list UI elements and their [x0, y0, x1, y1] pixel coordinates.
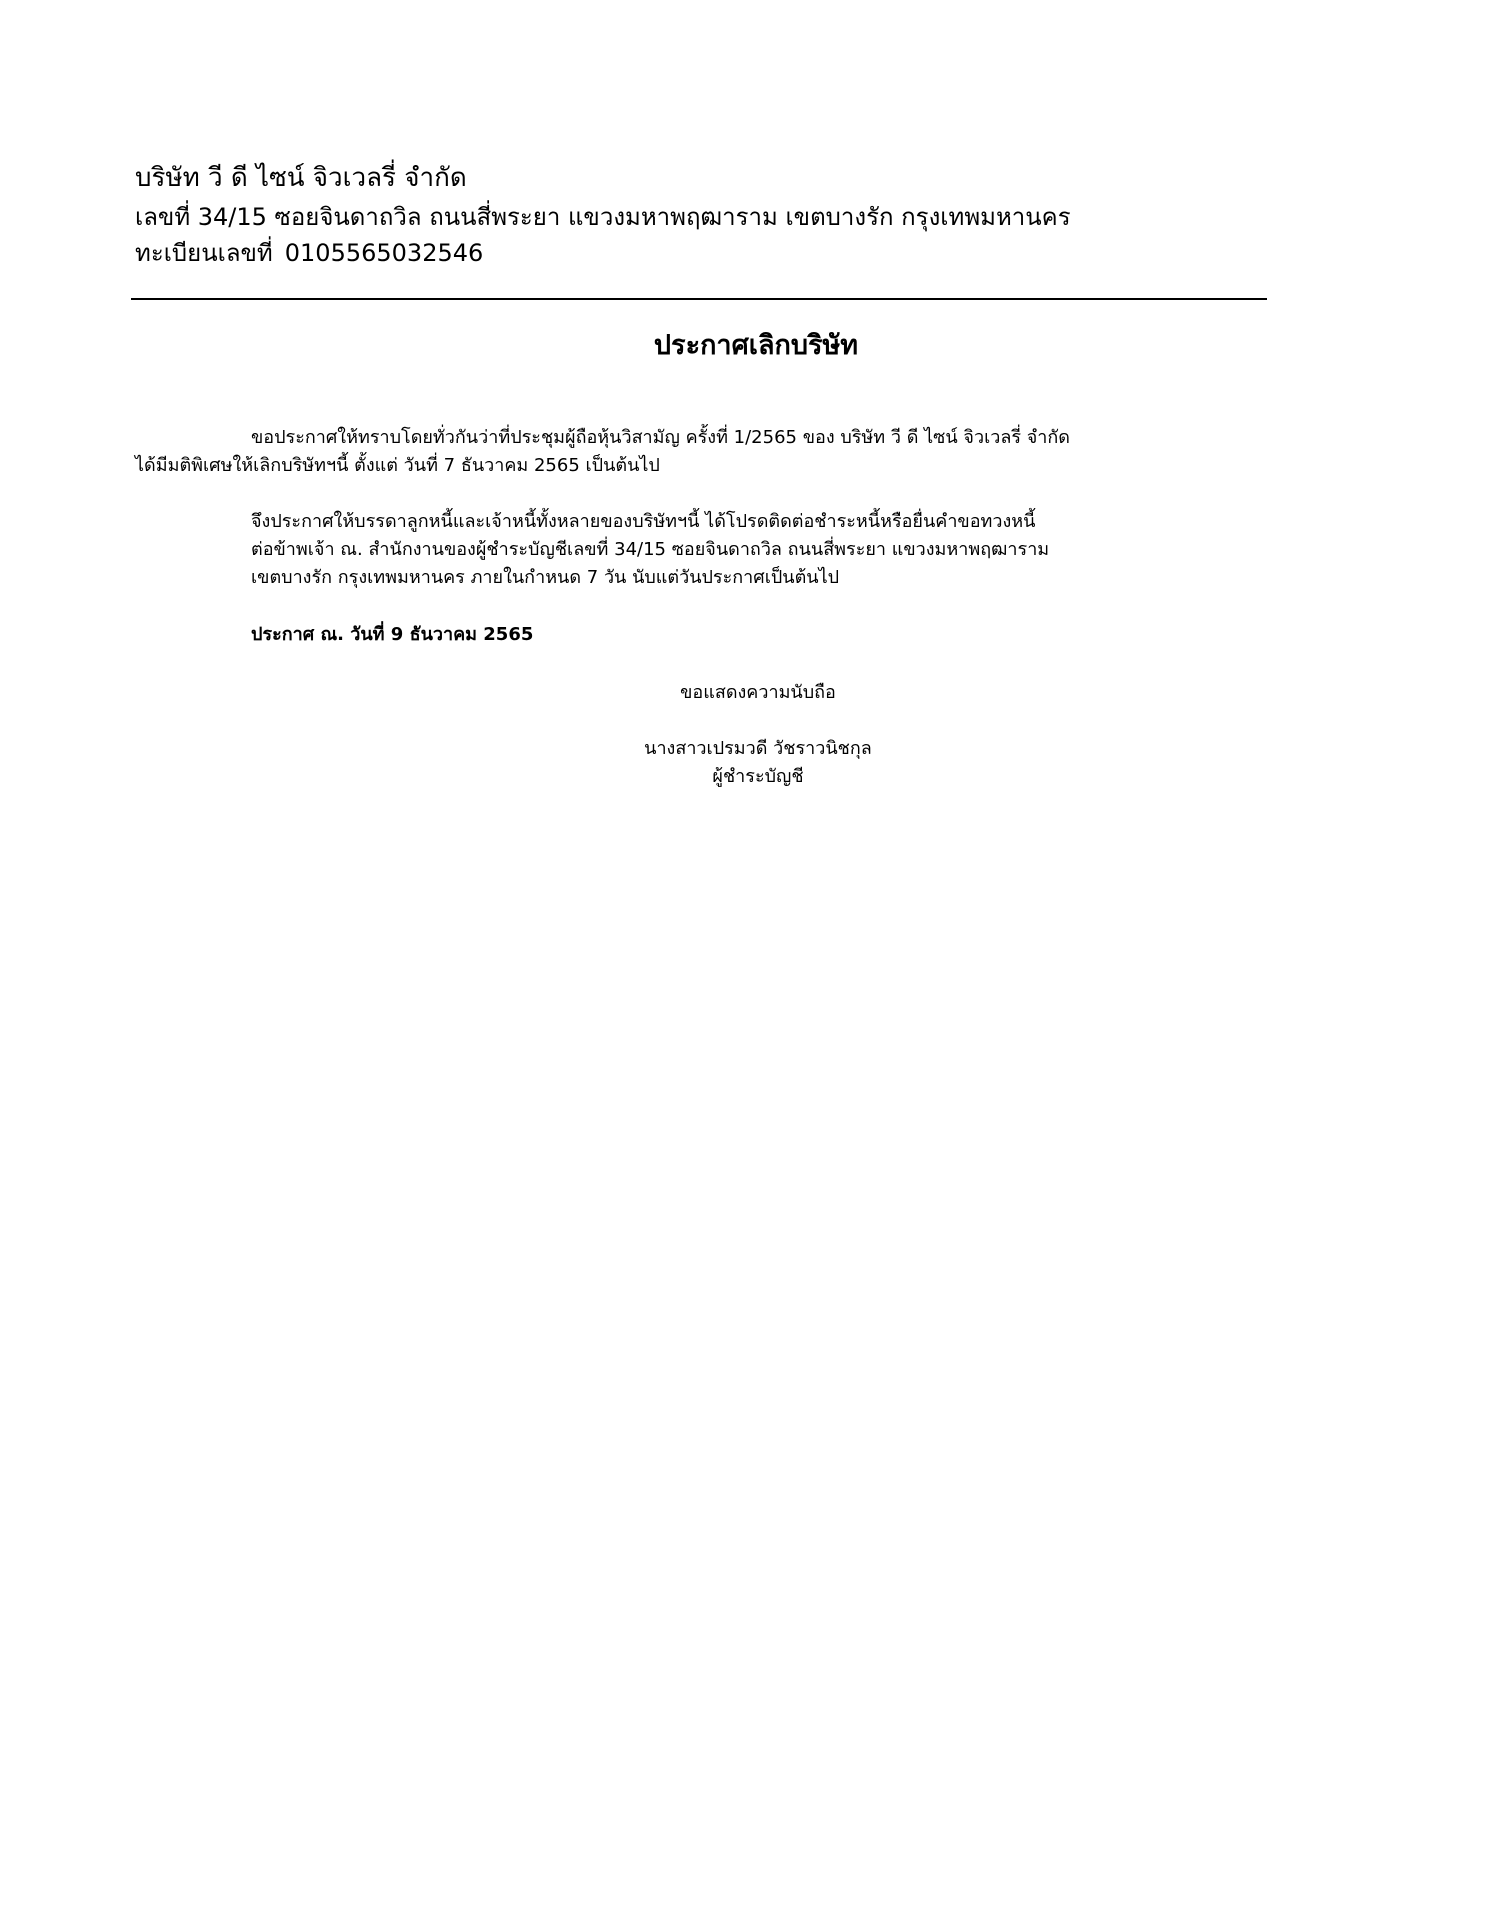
registration-label: ทะเบียนเลขที่ — [135, 239, 273, 267]
paragraph-line: เขตบางรัก กรุงเทพมหานคร ภายในกำหนด 7 วัน… — [251, 564, 839, 592]
paragraph-line: ต่อข้าพเจ้า ณ. สำนักงานของผู้ชำระบัญชีเล… — [251, 536, 1049, 564]
company-address: เลขที่ 34/15 ซอยจินดาถวิล ถนนสี่พระยา แข… — [135, 200, 1071, 234]
closing-salutation: ขอแสดงความนับถือ — [558, 679, 958, 707]
signer-name: นางสาวเปรมวดี วัชราวนิชกุล — [558, 735, 958, 763]
paragraph-line: ได้มีมติพิเศษให้เลิกบริษัทฯนี้ ตั้งแต่ ว… — [135, 452, 660, 480]
paragraph-line: ขอประกาศให้ทราบโดยทั่วกันว่าที่ประชุมผู้… — [251, 424, 1070, 452]
paragraph-line: จึงประกาศให้บรรดาลูกหนี้และเจ้าหนี้ทั้งห… — [251, 508, 1035, 536]
signer-title: ผู้ชำระบัญชี — [558, 763, 958, 791]
company-name: บริษัท วี ดี ไซน์ จิวเวลรี่ จำกัด — [135, 160, 467, 196]
registration-number: 0105565032546 — [285, 239, 484, 267]
announcement-date: ประกาศ ณ. วันที่ 9 ธันวาคม 2565 — [251, 621, 533, 649]
document-title: ประกาศเลิกบริษัท — [0, 326, 1492, 366]
header-divider — [131, 298, 1267, 300]
company-registration: ทะเบียนเลขที่0105565032546 — [135, 236, 483, 270]
